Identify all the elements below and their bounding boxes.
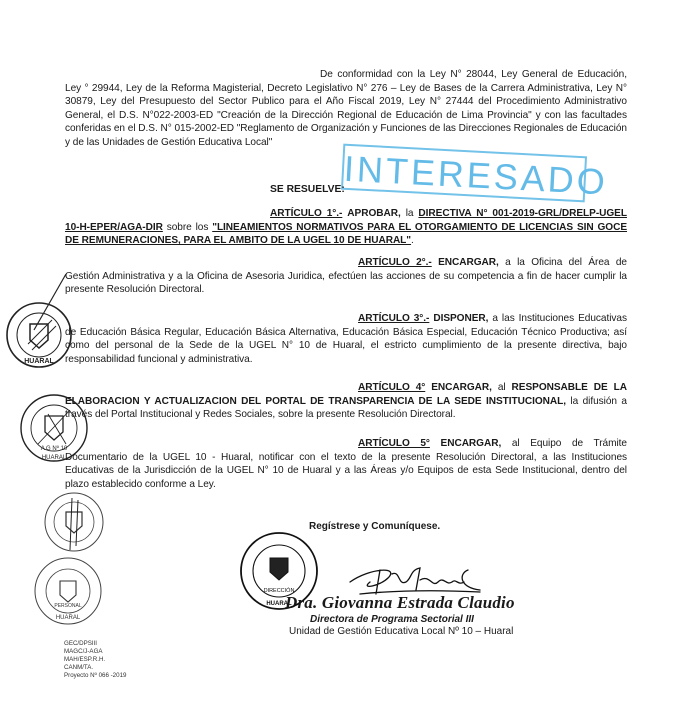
article-4-verb: ENCARGAR, xyxy=(431,382,492,393)
ref-line: GEC/DPSIII xyxy=(64,640,126,648)
signatory-title: Directora de Programa Sectorial III xyxy=(310,614,474,625)
ref-line: MAH/ESP.R.H. xyxy=(64,656,126,664)
article-2: ARTÍCULO 2°.- ENCARGAR, a la Oficina del… xyxy=(65,256,627,297)
svg-text:HUARAL: HUARAL xyxy=(266,601,292,607)
article-4-label: ARTÍCULO 4° xyxy=(358,382,425,393)
svg-text:A G Nº 10: A G Nº 10 xyxy=(41,445,68,452)
reference-initials: GEC/DPSIII MAGC/J-AGA MAH/ESP.R.H. CANM/… xyxy=(64,640,126,680)
svg-text:HUARAL: HUARAL xyxy=(24,358,54,365)
official-seal-icon: A G Nº 10 HUARAL xyxy=(18,392,90,464)
intro-text: De conformidad con la Ley N° 28044, Ley … xyxy=(65,69,627,148)
ref-line: Proyecto Nº 066 -2019 xyxy=(64,672,126,680)
article-2-label: ARTÍCULO 2°.- xyxy=(358,257,432,268)
article-3: ARTÍCULO 3°.- DISPONER, a las Institucio… xyxy=(65,312,627,366)
stamp-text: INTERESADO xyxy=(343,148,609,203)
closing-text: Regístrese y Comuníquese. xyxy=(309,521,440,532)
article-4-bold-body: RESPONSABLE DE LA ELABORACION Y ACTUALIZ… xyxy=(65,382,627,407)
ref-line: CANM/TA. xyxy=(64,664,126,672)
svg-text:HUARAL: HUARAL xyxy=(56,615,81,621)
article-1-mid: sobre los xyxy=(163,222,212,233)
interesado-stamp: INTERESADO xyxy=(341,144,587,203)
article-1-pre: la xyxy=(401,208,419,219)
article-1-label: ARTÍCULO 1°.- xyxy=(270,208,342,219)
document-page: De conformidad con la Ley N° 28044, Ley … xyxy=(0,0,682,716)
article-5-body: al Equipo de Trámite Documentario de la … xyxy=(65,438,627,490)
official-seal-icon: DIRECCIÓN HUARAL xyxy=(238,530,320,612)
article-5-verb: ENCARGAR, xyxy=(441,438,502,449)
svg-text:DIRECCIÓN: DIRECCIÓN xyxy=(264,587,295,594)
article-1: ARTÍCULO 1°.- APROBAR, la DIRECTIVA N° 0… xyxy=(65,207,627,248)
se-resuelve-heading: SE RESUELVE: xyxy=(270,184,345,195)
article-4: ARTÍCULO 4° ENCARGAR, al RESPONSABLE DE … xyxy=(65,381,627,422)
signatory-unit: Unidad de Gestión Educativa Local Nº 10 … xyxy=(289,626,513,637)
intro-paragraph: De conformidad con la Ley N° 28044, Ley … xyxy=(65,68,627,150)
article-3-label: ARTÍCULO 3°.- xyxy=(358,313,429,324)
article-5: ARTÍCULO 5° ENCARGAR, al Equipo de Trámi… xyxy=(65,437,627,491)
official-seal-icon xyxy=(42,490,106,554)
svg-text:PERSONAL: PERSONAL xyxy=(54,603,81,609)
article-2-body: a la Oficina del Área de Gestión Adminis… xyxy=(65,257,627,295)
article-1-verb: APROBAR, xyxy=(347,208,400,219)
article-3-body: a las Instituciones Educativas de Educac… xyxy=(65,313,627,365)
article-5-label: ARTÍCULO 5° xyxy=(358,438,430,449)
svg-text:HUARAL: HUARAL xyxy=(42,455,67,461)
pen-stroke xyxy=(30,272,70,332)
ref-line: MAGC/J-AGA xyxy=(64,648,126,656)
article-3-verb: DISPONER, xyxy=(433,313,488,324)
article-2-verb: ENCARGAR, xyxy=(438,257,499,268)
article-1-end: . xyxy=(411,235,414,246)
article-4-pre: al xyxy=(492,382,512,393)
official-seal-icon: PERSONAL HUARAL xyxy=(32,555,104,627)
